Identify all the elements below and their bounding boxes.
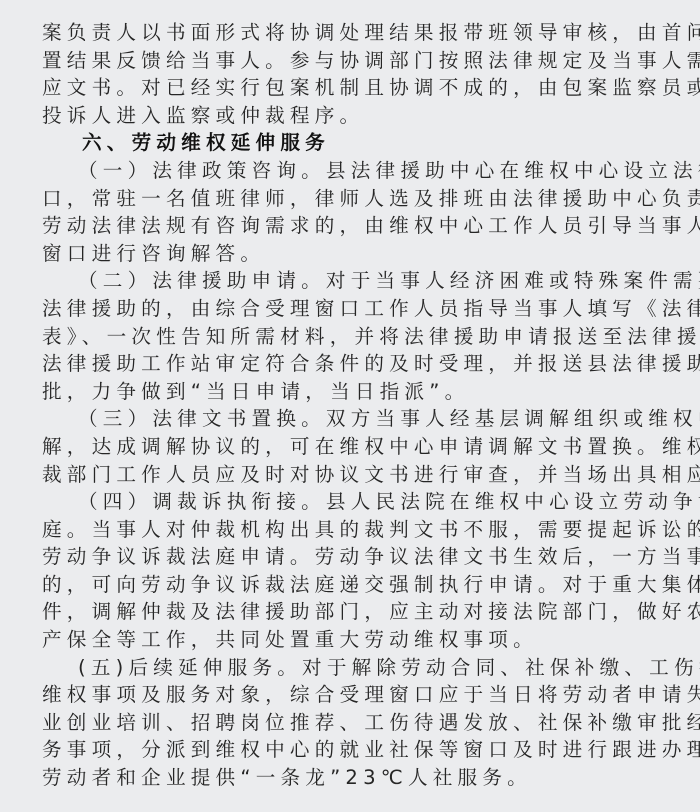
text-line: 投诉人进入监察或仲裁程序。 — [42, 102, 662, 130]
text-line: 批，力争做到“当日申请，当日指派”。 — [42, 378, 662, 406]
text-line: （二）法律援助申请。对于当事人经济困难或特殊案件需要无偿提供 — [42, 267, 662, 295]
text-line: 表》、一次性告知所需材料，并将法律援助申请报送至法律援助工作站， — [42, 323, 662, 351]
text-line: 务事项，分派到维权中心的就业社保等窗口及时进行跟进办理和反馈，为 — [42, 736, 662, 764]
document-page: 案负责人以书面形式将协调处理结果报带班领导审核，由首问负责人将处 置结果反馈给当… — [42, 19, 662, 792]
text-line: 置结果反馈给当事人。参与协调部门按照法律规定及当事人需求，出具相 — [42, 47, 662, 75]
text-line: （一）法律政策咨询。县法律援助中心在维权中心设立法律援助窗 — [42, 157, 662, 185]
text-line: 案负责人以书面形式将协调处理结果报带班领导审核，由首问负责人将处 — [42, 19, 662, 47]
text-line: 劳动法律法规有咨询需求的，由维权中心工作人员引导当事人至律师值班 — [42, 212, 662, 240]
text-line: 法律援助的，由综合受理窗口工作人员指导当事人填写《法律援助申请 — [42, 295, 662, 323]
text-line: （三）法律文书置换。双方当事人经基层调解组织或维权中心组织调 — [42, 405, 662, 433]
text-line: 件，调解仲裁及法律援助部门，应主动对接法院部门，做好农民工工资财 — [42, 598, 662, 626]
text-line: 法律援助工作站审定符合条件的及时受理，并报送县法律援助中心审 — [42, 350, 662, 378]
section-mediation-litigation-linkage: （四）调裁诉执衔接。县人民法院在维权中心设立劳动争议速裁法 庭。当事人对仲裁机构… — [42, 488, 662, 654]
section-legal-document-replacement: （三）法律文书置换。双方当事人经基层调解组织或维权中心组织调 解，达成调解协议的… — [42, 405, 662, 488]
text-line: 应文书。对已经实行包案机制且协调不成的，由包案监察员或仲裁员引导 — [42, 74, 662, 102]
text-line: 窗口进行咨询解答。 — [42, 240, 662, 268]
section-follow-up-extension-service: (五)后续延伸服务。对于解除劳动合同、社保补缴、工伤待遇等劳动 维权事项及服务对… — [42, 654, 662, 792]
text-line: (五)后续延伸服务。对于解除劳动合同、社保补缴、工伤待遇等劳动 — [42, 654, 662, 682]
text-line: 维权事项及服务对象，综合受理窗口应于当日将劳动者申请失业保险、就 — [42, 681, 662, 709]
text-line: （四）调裁诉执衔接。县人民法院在维权中心设立劳动争议速裁法 — [42, 488, 662, 516]
text-line: 口，常驻一名值班律师，律师人选及排班由法律援助中心负责，当事人对 — [42, 185, 662, 213]
text-line: 产保全等工作，共同处置重大劳动维权事项。 — [42, 626, 662, 654]
section-legal-policy-consultation: （一）法律政策咨询。县法律援助中心在维权中心设立法律援助窗 口，常驻一名值班律师… — [42, 157, 662, 267]
text-line: 劳动者和企业提供“一条龙”23℃人社服务。 — [42, 764, 662, 792]
text-line: 解，达成调解协议的，可在维权中心申请调解文书置换。维权中心劳动仲 — [42, 433, 662, 461]
section-heading: 六、劳动维权延伸服务 — [42, 129, 662, 157]
text-line: 的，可向劳动争议诉裁法庭递交强制执行申请。对于重大集体裁员欠薪案 — [42, 571, 662, 599]
intro-paragraph: 案负责人以书面形式将协调处理结果报带班领导审核，由首问负责人将处 置结果反馈给当… — [42, 19, 662, 129]
text-line: 业创业培训、招聘岗位推荐、工伤待遇发放、社保补缴审批经办等后续服 — [42, 709, 662, 737]
text-line: 庭。当事人对仲裁机构出具的裁判文书不服，需要提起诉讼的，可直接向 — [42, 516, 662, 544]
text-line: 劳动争议诉裁法庭申请。劳动争议法律文书生效后，一方当事人拒不履行 — [42, 543, 662, 571]
text-line: 裁部门工作人员应及时对协议文书进行审查，并当场出具相应法律文书。 — [42, 461, 662, 489]
section-legal-aid-application: （二）法律援助申请。对于当事人经济困难或特殊案件需要无偿提供 法律援助的，由综合… — [42, 267, 662, 405]
